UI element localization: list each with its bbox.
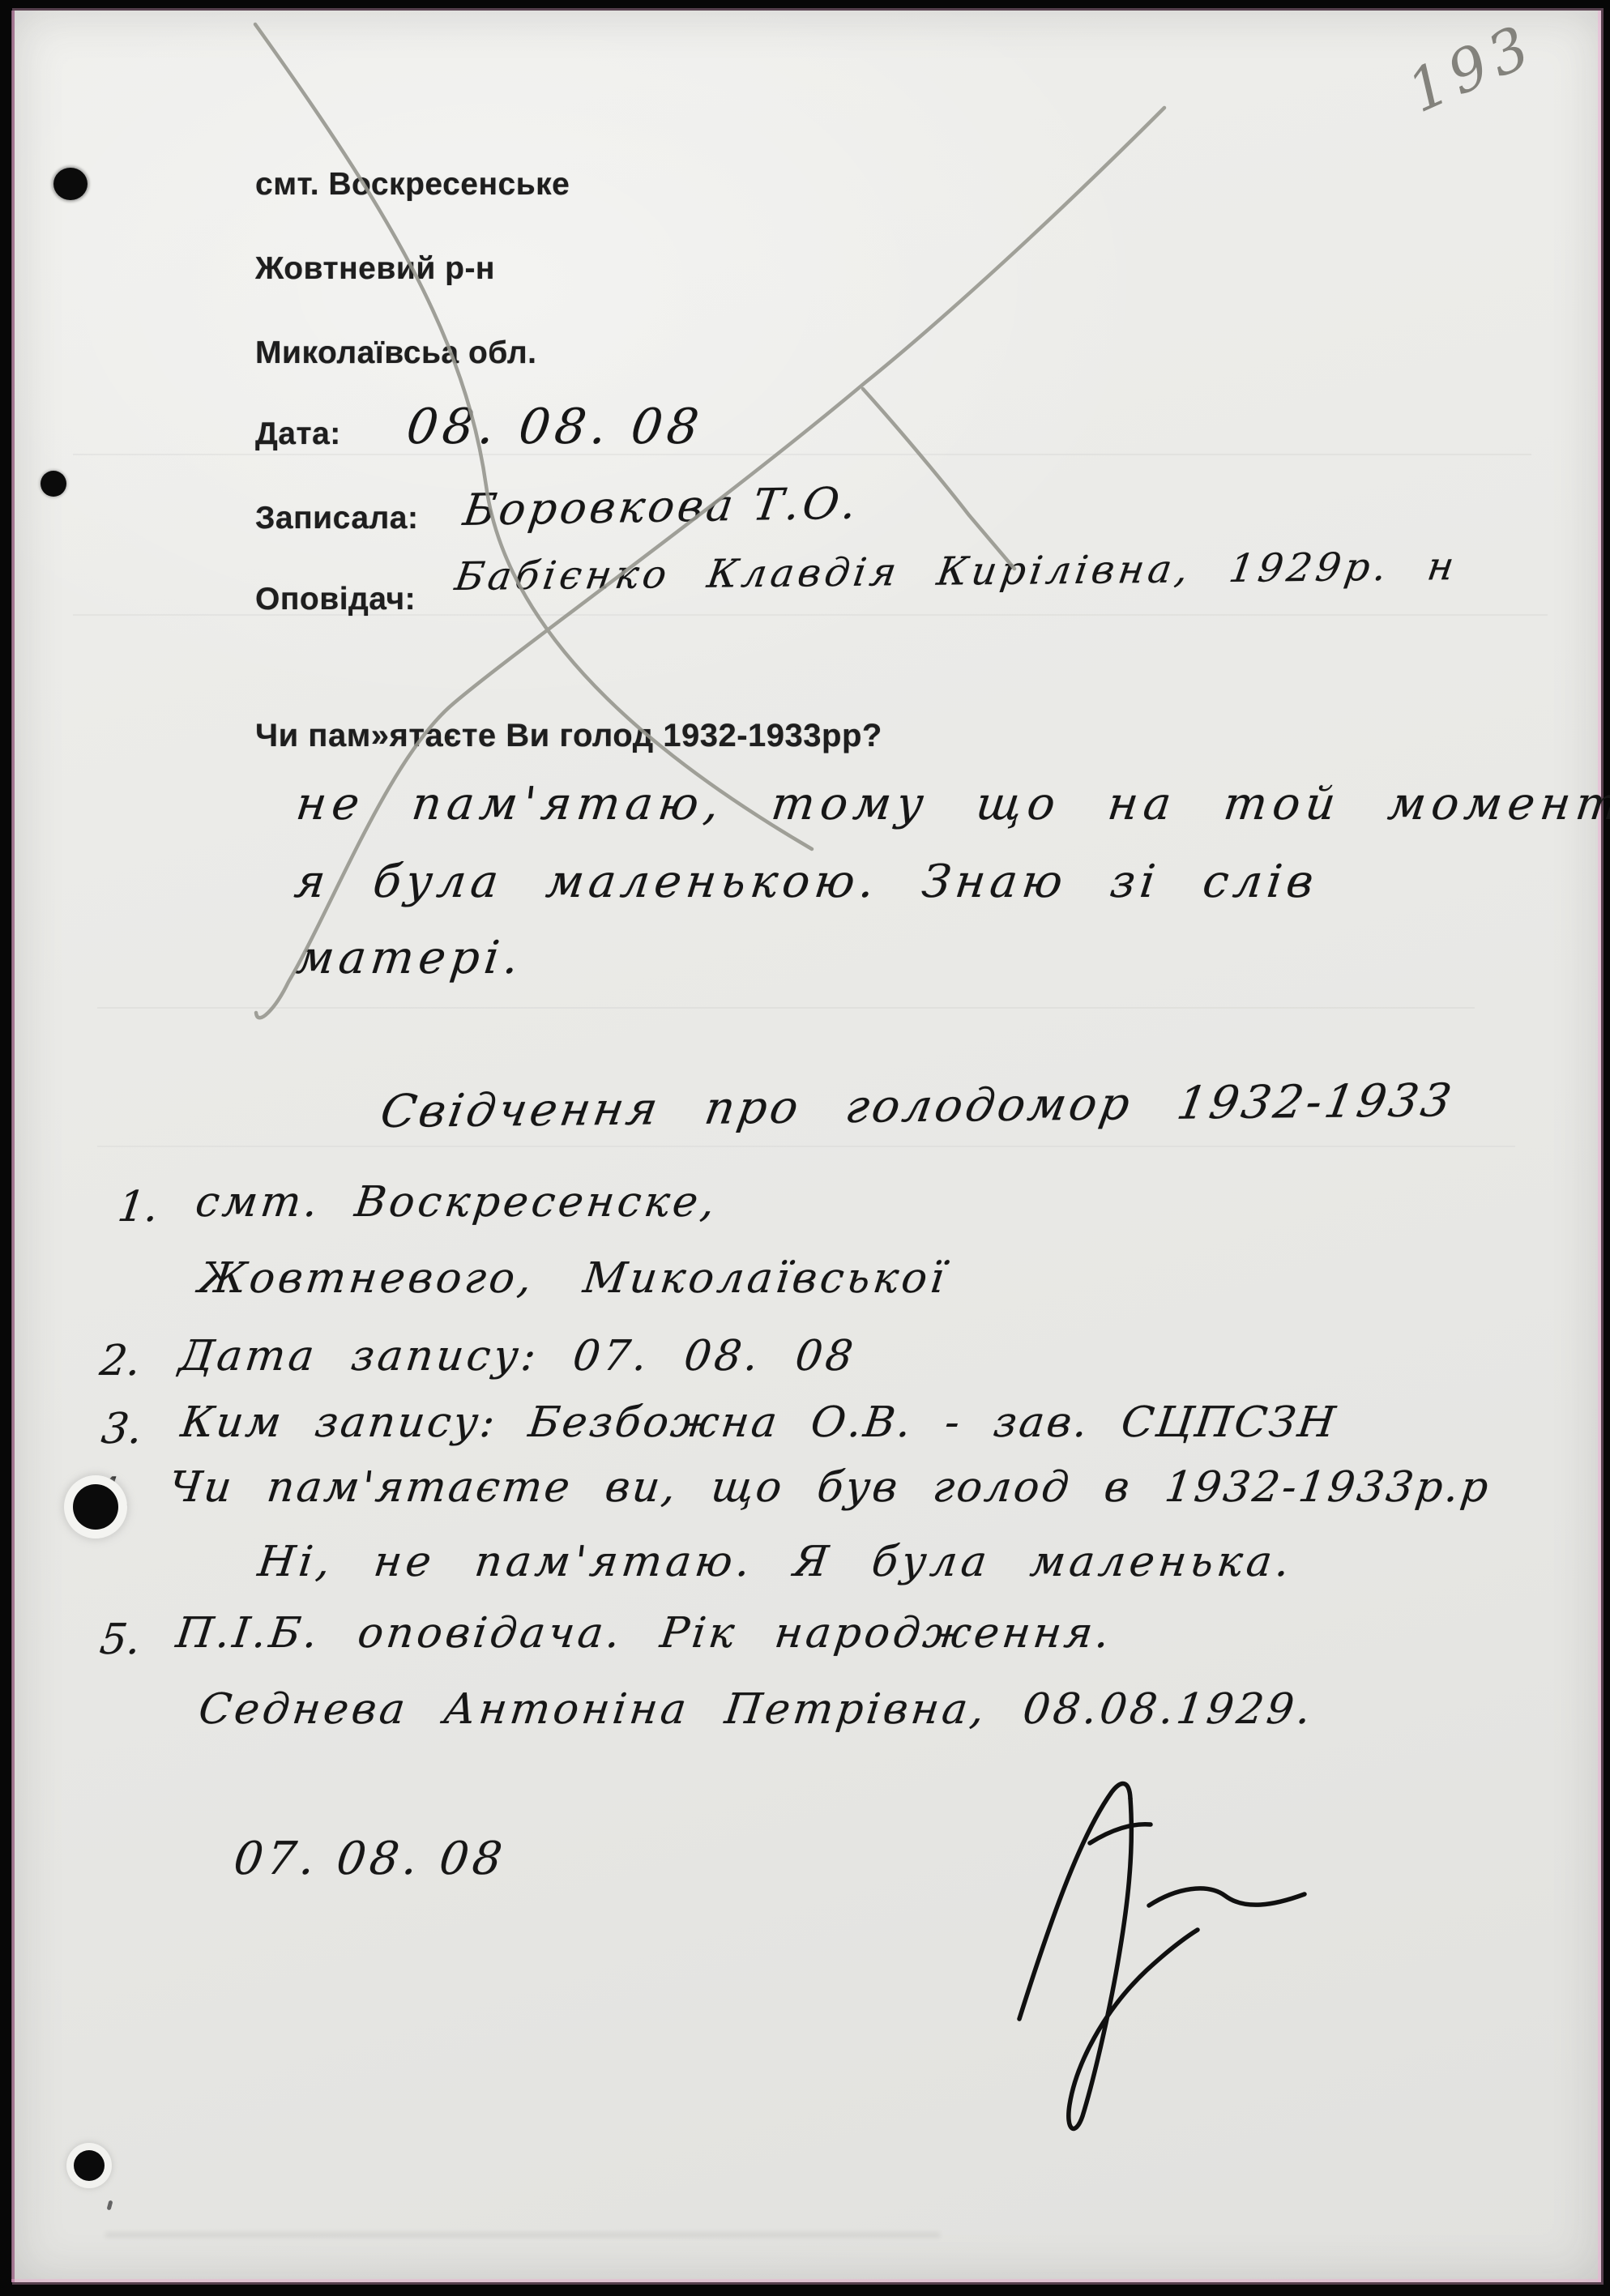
item-4-line-1: Чи пам'ятаєте ви, що був голод в 1932-19…: [166, 1463, 1493, 1512]
header-district: Жовтневий р-н: [255, 251, 495, 287]
recorded-by-value-handwritten: Боровкова Т.О.: [460, 478, 863, 536]
item-3-number: 3.: [99, 1405, 145, 1453]
item-2-number: 2.: [97, 1337, 143, 1385]
item-5-line-1: П.І.Б. оповідача. Рік народження.: [173, 1609, 1115, 1658]
footer-date: 07. 08. 08: [231, 1833, 509, 1885]
header-settlement: смт. Воскресенське: [255, 167, 570, 203]
header-region: Миколаївсьа обл.: [255, 335, 537, 371]
hole-punch: [73, 1484, 118, 1530]
answer-line-2: я була маленькою. Знаю зі слів: [292, 856, 1321, 908]
item-3-line-1: Ким запису: Безбожна О.В. - зав. СЦПСЗН: [178, 1398, 1340, 1447]
hole-punch: [41, 471, 66, 497]
hole-punch: [74, 2150, 105, 2181]
date-label: Дата:: [255, 416, 341, 452]
item-1-number: 1.: [115, 1183, 161, 1231]
item-2-line-1: Дата запису: 07. 08. 08: [177, 1332, 859, 1381]
date-value-handwritten: 08. 08. 08: [404, 399, 707, 455]
recorded-by-label: Записала:: [255, 501, 418, 536]
item-4-line-2: Ні, не пам'ятаю. Я була маленька.: [255, 1538, 1296, 1586]
question-text: Чи пам»ятаєте Ви голод 1932-1933рр?: [255, 718, 882, 754]
item-5-number: 5.: [97, 1615, 143, 1664]
paper: [15, 11, 1601, 2282]
answer-line-1: не пам'ятаю, тому що на той момент: [293, 778, 1610, 830]
item-5-line-2: Седнева Антоніна Петрівна, 08.08.1929.: [196, 1685, 1317, 1734]
item-1-line-1: смт. Воскресенске,: [193, 1178, 720, 1227]
hole-punch: [53, 168, 88, 200]
scanned-document: 193 смт. Воскресенське Жовтневий р-н Мик…: [0, 0, 1610, 2296]
answer-line-3: матері.: [293, 932, 527, 984]
item-1-line-2: Жовтневого, Миколаївської: [196, 1254, 950, 1303]
narrator-label: Оповідач:: [255, 582, 416, 617]
